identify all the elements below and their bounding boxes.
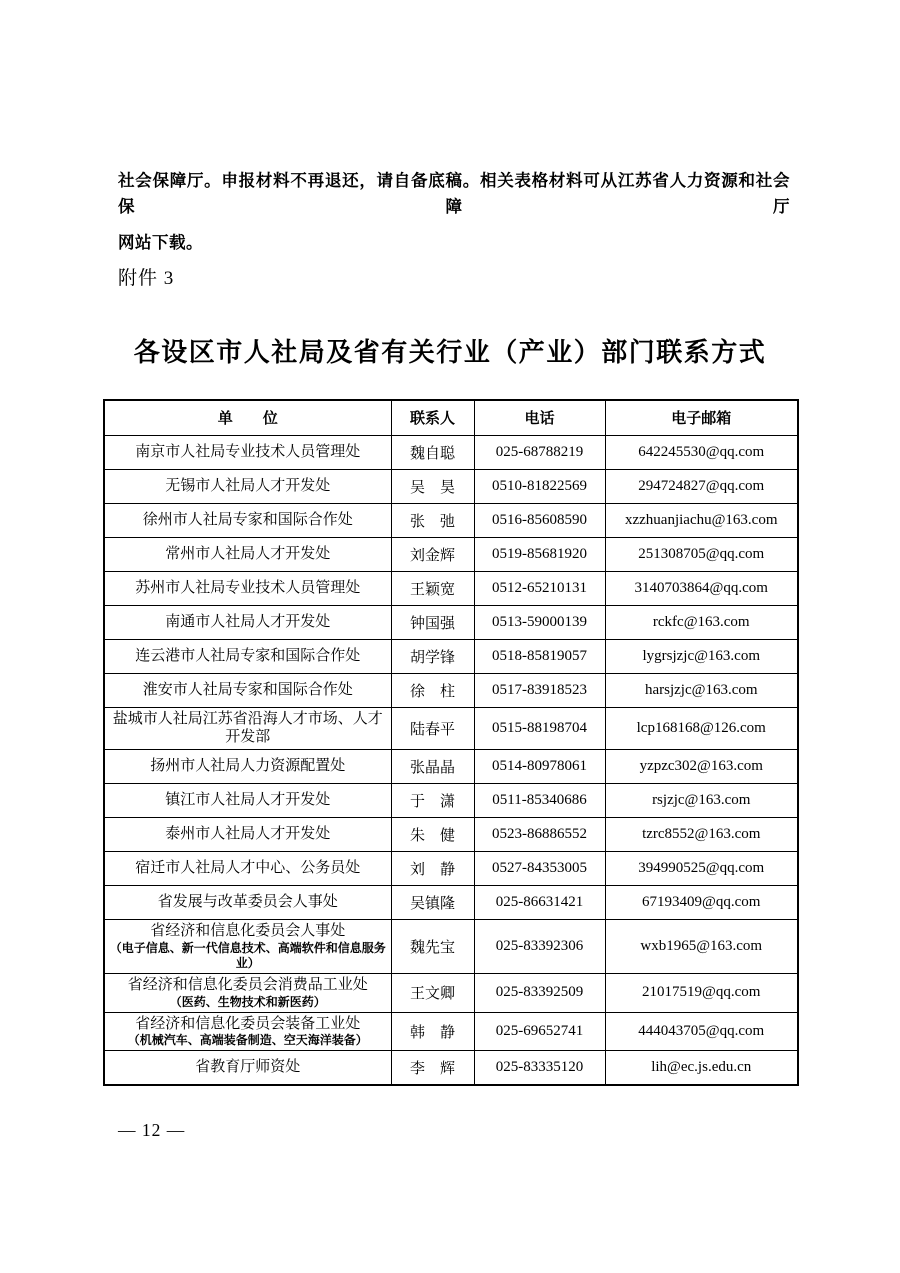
- table-row: 南通市人社局人才开发处钟国强0513-59000139rckfc@163.com: [104, 605, 798, 639]
- unit-cell: 淮安市人社局专家和国际合作处: [104, 673, 391, 707]
- unit-cell: 苏州市人社局专业技术人员管理处: [104, 571, 391, 605]
- contacts-table-header: 单 位 联系人 电话 电子邮箱: [104, 400, 798, 435]
- unit-name: 省经济和信息化委员会消费品工业处: [109, 976, 387, 995]
- table-row: 连云港市人社局专家和国际合作处胡学锋0518-85819057lygrsjzjc…: [104, 639, 798, 673]
- phone-cell: 025-86631421: [474, 886, 605, 920]
- phone-cell: 025-83392509: [474, 973, 605, 1012]
- unit-cell: 扬州市人社局人力资源配置处: [104, 750, 391, 784]
- unit-note: （电子信息、新一代信息技术、高端软件和信息服务业）: [109, 941, 387, 971]
- unit-name: 扬州市人社局人力资源配置处: [109, 757, 387, 776]
- phone-cell: 0514-80978061: [474, 750, 605, 784]
- phone-cell: 0527-84353005: [474, 852, 605, 886]
- header-row: 单 位 联系人 电话 电子邮箱: [104, 400, 798, 435]
- unit-cell: 泰州市人社局人才开发处: [104, 818, 391, 852]
- contact-cell: 魏先宝: [391, 920, 474, 974]
- contact-cell: 朱 健: [391, 818, 474, 852]
- table-row: 徐州市人社局专家和国际合作处张 弛0516-85608590xzzhuanjia…: [104, 503, 798, 537]
- unit-name: 常州市人社局人才开发处: [109, 545, 387, 564]
- contact-cell: 张晶晶: [391, 750, 474, 784]
- unit-cell: 连云港市人社局专家和国际合作处: [104, 639, 391, 673]
- email-cell: lygrsjzjc@163.com: [605, 639, 798, 673]
- phone-cell: 025-68788219: [474, 435, 605, 469]
- phone-cell: 0515-88198704: [474, 707, 605, 750]
- contact-cell: 刘 静: [391, 852, 474, 886]
- intro-line-2: 网站下载。: [118, 230, 790, 292]
- email-cell: 67193409@qq.com: [605, 886, 798, 920]
- unit-cell: 省经济和信息化委员会装备工业处（机械汽车、高端装备制造、空天海洋装备）: [104, 1012, 391, 1051]
- phone-cell: 025-83392306: [474, 920, 605, 974]
- unit-name: 无锡市人社局人才开发处: [109, 477, 387, 496]
- unit-name: 省经济和信息化委员会装备工业处: [109, 1015, 387, 1034]
- contact-cell: 韩 静: [391, 1012, 474, 1051]
- table-row: 宿迁市人社局人才中心、公务员处刘 静0527-84353005394990525…: [104, 852, 798, 886]
- table-row: 省教育厅师资处李 辉025-83335120lih@ec.js.edu.cn: [104, 1051, 798, 1085]
- table-row: 苏州市人社局专业技术人员管理处王颖宽0512-65210131314070386…: [104, 571, 798, 605]
- contact-cell: 王颖宽: [391, 571, 474, 605]
- email-cell: 294724827@qq.com: [605, 469, 798, 503]
- contact-cell: 张 弛: [391, 503, 474, 537]
- table-row: 无锡市人社局人才开发处吴 昊0510-81822569294724827@qq.…: [104, 469, 798, 503]
- contacts-table-body: 南京市人社局专业技术人员管理处魏自聪025-68788219642245530@…: [104, 435, 798, 1085]
- email-cell: rsjzjc@163.com: [605, 784, 798, 818]
- intro-paragraph: 社会保障厅。申报材料不再退还，请自备底稿。相关表格材料可从江苏省人力资源和社会保…: [118, 168, 790, 292]
- unit-name: 苏州市人社局专业技术人员管理处: [109, 579, 387, 598]
- contact-cell: 钟国强: [391, 605, 474, 639]
- phone-cell: 0513-59000139: [474, 605, 605, 639]
- unit-note: （机械汽车、高端装备制造、空天海洋装备）: [109, 1033, 387, 1048]
- phone-cell: 0516-85608590: [474, 503, 605, 537]
- intro-line-1: 社会保障厅。申报材料不再退还，请自备底稿。相关表格材料可从江苏省人力资源和社会保…: [118, 168, 790, 230]
- unit-cell: 宿迁市人社局人才中心、公务员处: [104, 852, 391, 886]
- email-cell: tzrc8552@163.com: [605, 818, 798, 852]
- contact-cell: 徐 柱: [391, 673, 474, 707]
- contact-cell: 王文卿: [391, 973, 474, 1012]
- phone-cell: 0517-83918523: [474, 673, 605, 707]
- contact-cell: 胡学锋: [391, 639, 474, 673]
- table-row: 泰州市人社局人才开发处朱 健0523-86886552tzrc8552@163.…: [104, 818, 798, 852]
- table-row: 南京市人社局专业技术人员管理处魏自聪025-68788219642245530@…: [104, 435, 798, 469]
- unit-cell: 省经济和信息化委员会消费品工业处（医药、生物技术和新医药）: [104, 973, 391, 1012]
- document-title: 各设区市人社局及省有关行业（产业）部门联系方式: [0, 332, 900, 369]
- unit-name: 镇江市人社局人才开发处: [109, 791, 387, 810]
- unit-name: 宿迁市人社局人才中心、公务员处: [109, 859, 387, 878]
- unit-name: 南通市人社局人才开发处: [109, 613, 387, 632]
- email-cell: harsjzjc@163.com: [605, 673, 798, 707]
- email-cell: 642245530@qq.com: [605, 435, 798, 469]
- unit-cell: 南京市人社局专业技术人员管理处: [104, 435, 391, 469]
- unit-cell: 省发展与改革委员会人事处: [104, 886, 391, 920]
- document-page: 社会保障厅。申报材料不再退还，请自备底稿。相关表格材料可从江苏省人力资源和社会保…: [0, 0, 900, 1273]
- table-row: 省发展与改革委员会人事处吴镇隆025-8663142167193409@qq.c…: [104, 886, 798, 920]
- unit-name: 徐州市人社局专家和国际合作处: [109, 511, 387, 530]
- table-row: 省经济和信息化委员会装备工业处（机械汽车、高端装备制造、空天海洋装备）韩 静02…: [104, 1012, 798, 1051]
- unit-name: 南京市人社局专业技术人员管理处: [109, 443, 387, 462]
- contact-cell: 刘金辉: [391, 537, 474, 571]
- header-contact: 联系人: [391, 400, 474, 435]
- email-cell: wxb1965@163.com: [605, 920, 798, 974]
- phone-cell: 025-83335120: [474, 1051, 605, 1085]
- phone-cell: 0523-86886552: [474, 818, 605, 852]
- table-row: 镇江市人社局人才开发处于 潇0511-85340686rsjzjc@163.co…: [104, 784, 798, 818]
- unit-cell: 省经济和信息化委员会人事处（电子信息、新一代信息技术、高端软件和信息服务业）: [104, 920, 391, 974]
- unit-name: 省发展与改革委员会人事处: [109, 893, 387, 912]
- contact-cell: 魏自聪: [391, 435, 474, 469]
- table-row: 省经济和信息化委员会消费品工业处（医药、生物技术和新医药）王文卿025-8339…: [104, 973, 798, 1012]
- contact-cell: 吴 昊: [391, 469, 474, 503]
- unit-name: 盐城市人社局江苏省沿海人才市场、人才开发部: [109, 710, 387, 748]
- unit-name: 淮安市人社局专家和国际合作处: [109, 681, 387, 700]
- email-cell: yzpzc302@163.com: [605, 750, 798, 784]
- contact-cell: 吴镇隆: [391, 886, 474, 920]
- table-row: 扬州市人社局人力资源配置处张晶晶0514-80978061yzpzc302@16…: [104, 750, 798, 784]
- contacts-table-container: 单 位 联系人 电话 电子邮箱 南京市人社局专业技术人员管理处魏自聪025-68…: [103, 399, 797, 1086]
- header-phone: 电话: [474, 400, 605, 435]
- email-cell: 21017519@qq.com: [605, 973, 798, 1012]
- attachment-label: 附件 3: [118, 263, 174, 290]
- unit-cell: 盐城市人社局江苏省沿海人才市场、人才开发部: [104, 707, 391, 750]
- phone-cell: 0518-85819057: [474, 639, 605, 673]
- phone-cell: 0519-85681920: [474, 537, 605, 571]
- email-cell: lcp168168@126.com: [605, 707, 798, 750]
- page-number: — 12 —: [118, 1120, 185, 1141]
- contact-cell: 于 潇: [391, 784, 474, 818]
- unit-cell: 徐州市人社局专家和国际合作处: [104, 503, 391, 537]
- header-email: 电子邮箱: [605, 400, 798, 435]
- unit-cell: 省教育厅师资处: [104, 1051, 391, 1085]
- unit-name: 泰州市人社局人才开发处: [109, 825, 387, 844]
- unit-cell: 镇江市人社局人才开发处: [104, 784, 391, 818]
- phone-cell: 025-69652741: [474, 1012, 605, 1051]
- table-row: 常州市人社局人才开发处刘金辉0519-85681920251308705@qq.…: [104, 537, 798, 571]
- phone-cell: 0511-85340686: [474, 784, 605, 818]
- header-unit: 单 位: [104, 400, 391, 435]
- unit-name: 省教育厅师资处: [109, 1058, 387, 1077]
- email-cell: 444043705@qq.com: [605, 1012, 798, 1051]
- email-cell: 394990525@qq.com: [605, 852, 798, 886]
- email-cell: rckfc@163.com: [605, 605, 798, 639]
- email-cell: lih@ec.js.edu.cn: [605, 1051, 798, 1085]
- phone-cell: 0510-81822569: [474, 469, 605, 503]
- email-cell: 251308705@qq.com: [605, 537, 798, 571]
- unit-cell: 常州市人社局人才开发处: [104, 537, 391, 571]
- unit-cell: 无锡市人社局人才开发处: [104, 469, 391, 503]
- phone-cell: 0512-65210131: [474, 571, 605, 605]
- unit-name: 连云港市人社局专家和国际合作处: [109, 647, 387, 666]
- email-cell: xzzhuanjiachu@163.com: [605, 503, 798, 537]
- contact-cell: 陆春平: [391, 707, 474, 750]
- table-row: 淮安市人社局专家和国际合作处徐 柱0517-83918523harsjzjc@1…: [104, 673, 798, 707]
- email-cell: 3140703864@qq.com: [605, 571, 798, 605]
- unit-note: （医药、生物技术和新医药）: [109, 995, 387, 1010]
- unit-name: 省经济和信息化委员会人事处: [109, 922, 387, 941]
- unit-cell: 南通市人社局人才开发处: [104, 605, 391, 639]
- contacts-table: 单 位 联系人 电话 电子邮箱 南京市人社局专业技术人员管理处魏自聪025-68…: [103, 399, 799, 1086]
- table-row: 盐城市人社局江苏省沿海人才市场、人才开发部陆春平0515-88198704lcp…: [104, 707, 798, 750]
- contact-cell: 李 辉: [391, 1051, 474, 1085]
- table-row: 省经济和信息化委员会人事处（电子信息、新一代信息技术、高端软件和信息服务业）魏先…: [104, 920, 798, 974]
